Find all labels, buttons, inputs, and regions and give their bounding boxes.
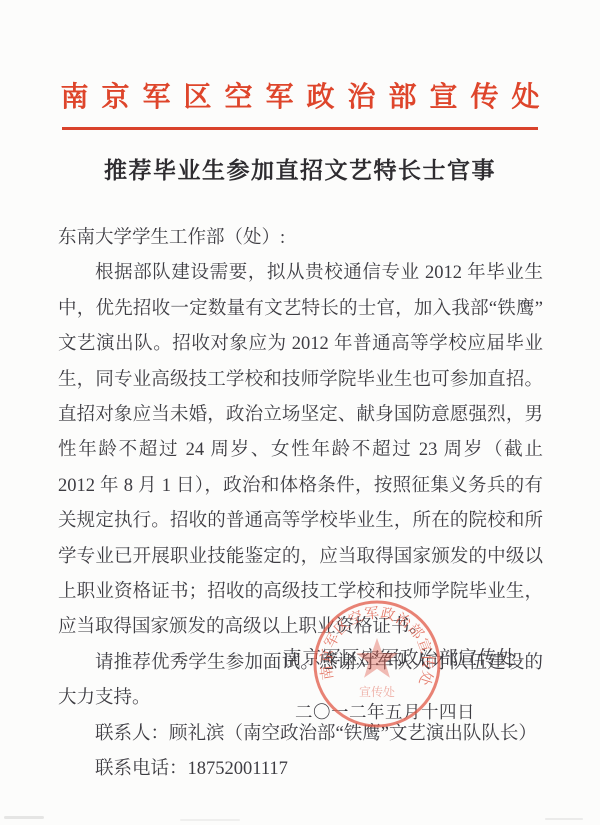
salutation: 东南大学学生工作部（处）: [58, 221, 543, 256]
scan-smudge [4, 816, 44, 819]
signature-date: 二〇一二年五月十四日 [295, 699, 475, 724]
letterhead-divider [62, 127, 538, 130]
scan-smudge [180, 819, 240, 821]
paragraph-recruitment-details: 根据部队建设需要，拟从贵校通信专业 2012 年毕业生中，优先招收一定数量有文艺… [58, 256, 543, 645]
document-title: 推荐毕业生参加直招文艺特长士官事 [0, 158, 600, 184]
scan-smudge [545, 818, 583, 820]
scanned-letter-page: 南京军区空军政治部宣传处 推荐毕业生参加直招文艺特长士官事 东南大学学生工作部（… [0, 0, 600, 825]
contact-phone-line: 联系电话：18752001117 [58, 752, 543, 787]
letterhead-org-title: 南京军区空军政治部宣传处 [0, 0, 600, 114]
signature-org: 南京军区空军政治部宣传处 [283, 644, 517, 670]
